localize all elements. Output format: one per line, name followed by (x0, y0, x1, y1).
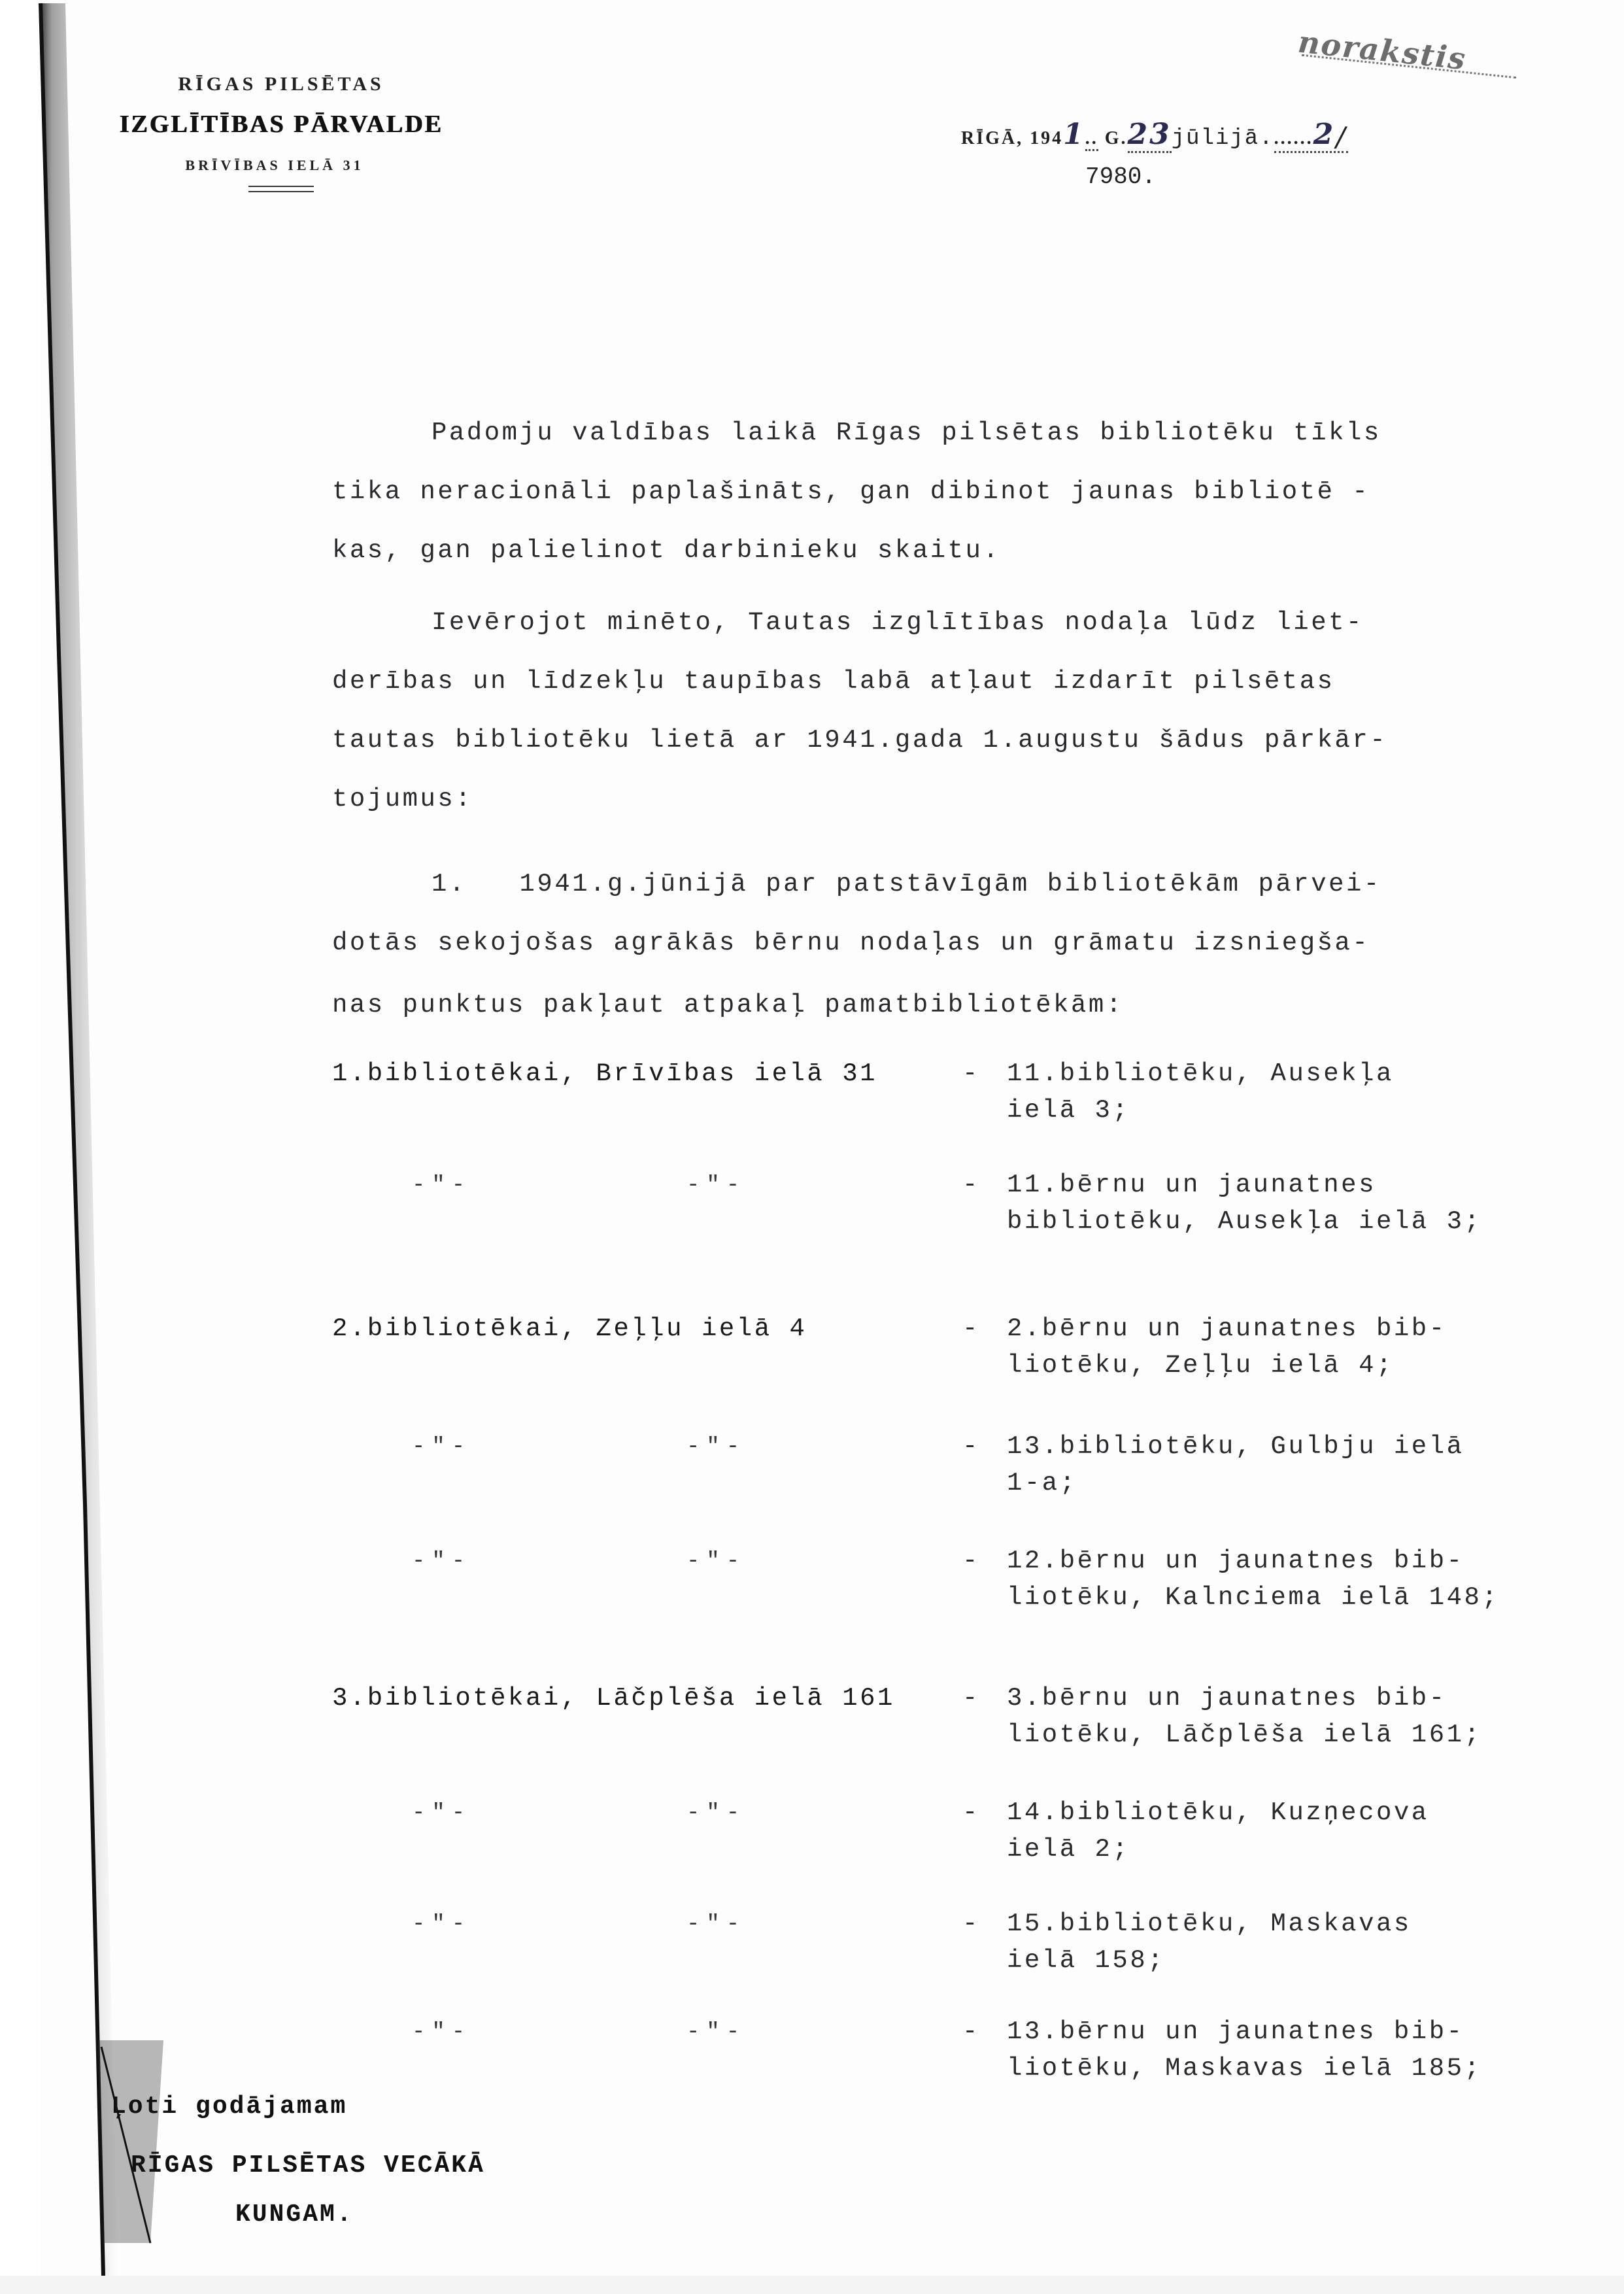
main-library: 3.bibliotēkai, Lāčplēša ielā 161 (332, 1684, 895, 1713)
date-day: 23 (1128, 118, 1172, 151)
branch-library-line: 13.bibliotēku, Gulbju ielā (1007, 1432, 1464, 1461)
branch-library-line: 2.bērnu un jaunatnes bib- (1007, 1314, 1447, 1343)
body-line: dotās sekojošas agrākās bērnu nodaļas un… (332, 929, 1370, 957)
ditto-mark: -"- (412, 1435, 471, 1460)
scan-edge-shadow (0, 0, 1624, 2294)
branch-library-line: ielā 158; (1007, 1946, 1165, 1975)
body-line: Ievērojot minēto, Tautas izglītības noda… (431, 608, 1364, 637)
branch-library-line: 11.bērnu un jaunatnes (1007, 1171, 1376, 1199)
ditto-mark: -"- (412, 1912, 471, 1937)
nr-value: 7980. (1085, 163, 1156, 190)
ditto-mark: -"- (686, 1549, 746, 1574)
letterhead-divider (248, 186, 314, 192)
list-dash: - (962, 1798, 977, 1827)
body-line: Padomju valdības laikā Rīgas pilsētas bi… (431, 419, 1381, 447)
ditto-mark: -"- (686, 2020, 746, 2045)
branch-library-line: liotēku, Kalnciema ielā 148; (1007, 1583, 1499, 1612)
addressee-title: RĪGAS PILSĒTAS VECĀKĀ (131, 2151, 485, 2180)
letterhead-department: IZGLĪTĪBAS PĀRVALDE (39, 110, 523, 139)
list-dash: - (962, 1059, 977, 1088)
branch-library-line: 11.bibliotēku, Ausekļa (1007, 1059, 1394, 1088)
branch-library-line: 1-a; (1007, 1469, 1077, 1498)
main-library: 2.bibliotēkai, Zeļļu ielā 4 (332, 1314, 807, 1343)
list-dash: - (962, 2017, 977, 2046)
branch-library-line: liotēku, Lāčplēša ielā 161; (1007, 1720, 1481, 1749)
list-dash: - (962, 1432, 977, 1461)
document-page: RĪGAS PILSĒTAS IZGLĪTĪBAS PĀRVALDE BRĪVĪ… (0, 0, 1624, 2294)
branch-library-line: ielā 3; (1007, 1096, 1130, 1125)
ditto-mark: -"- (686, 1912, 746, 1937)
branch-library-line: liotēku, Maskavas ielā 185; (1007, 2054, 1481, 2083)
ditto-mark: -"- (412, 1801, 471, 1826)
branch-library-line: 13.bērnu un jaunatnes bib- (1007, 2017, 1464, 2046)
branch-library-line: ielā 2; (1007, 1835, 1130, 1864)
date-year-digit: 1 (1063, 118, 1085, 151)
branch-library-line: 14.bibliotēku, Kuzņecova (1007, 1798, 1429, 1827)
list-dash: - (962, 1171, 977, 1199)
dotted-fill: ......2╱ (1274, 118, 1348, 153)
dotted-fill: 23 (1128, 118, 1172, 153)
addressee-honorific: KUNGAM. (235, 2200, 354, 2229)
ditto-mark: -"- (412, 1549, 471, 1574)
body-line: kas, gan palielinot darbinieku skaitu. (332, 536, 1000, 565)
ditto-mark: -"- (686, 1801, 746, 1826)
list-dash: - (962, 1909, 977, 1938)
branch-library-line: 3.bērnu un jaunatnes bib- (1007, 1684, 1447, 1713)
date-handwritten-number: 2 (1313, 118, 1336, 151)
letterhead-address: BRĪVĪBAS IELĀ 31 (137, 157, 412, 174)
body-line: derības un līdzekļu taupības labā atļaut… (332, 667, 1335, 696)
dotted-fill: .. (1085, 128, 1098, 151)
branch-library-line: 15.bibliotēku, Maskavas (1007, 1909, 1412, 1938)
body-line: 1. 1941.g.jūnijā par patstāvīgām bibliot… (431, 870, 1381, 899)
ditto-mark: -"- (412, 2020, 471, 2045)
branch-library-line: 12.bērnu un jaunatnes bib- (1007, 1547, 1464, 1575)
body-line: tika neracionāli paplašināts, gan dibino… (332, 477, 1370, 506)
body-line: nas punktus pakļaut atpakaļ pamatbibliot… (332, 991, 1124, 1019)
date-month: jūlijā. (1172, 126, 1274, 151)
date-line: RĪGĀ, 1941.. G.23jūlijā.......2╱ (961, 118, 1348, 153)
list-dash: - (962, 1547, 977, 1575)
branch-library-line: liotēku, Zeļļu ielā 4; (1007, 1351, 1394, 1380)
branch-library-line: bibliotēku, Ausekļa ielā 3; (1007, 1207, 1481, 1236)
date-city-prefix: RĪGĀ, 194 (961, 128, 1063, 148)
main-library: 1.bibliotēkai, Brīvības ielā 31 (332, 1059, 877, 1088)
date-g-label: G. (1105, 128, 1128, 148)
ditto-mark: -"- (412, 1173, 471, 1198)
ditto-mark: -"- (686, 1435, 746, 1460)
list-dash: - (962, 1314, 977, 1343)
body-line: tojumus: (332, 785, 473, 813)
list-dash: - (962, 1684, 977, 1713)
salutation: Ļoti godājamam (111, 2093, 347, 2121)
ditto-mark: -"- (686, 1173, 746, 1198)
document-number: 7980. (1085, 163, 1156, 190)
body-line: tautas bibliotēku lietā ar 1941.gada 1.a… (332, 726, 1387, 755)
letterhead-city: RĪGAS PILSĒTAS (98, 73, 464, 95)
